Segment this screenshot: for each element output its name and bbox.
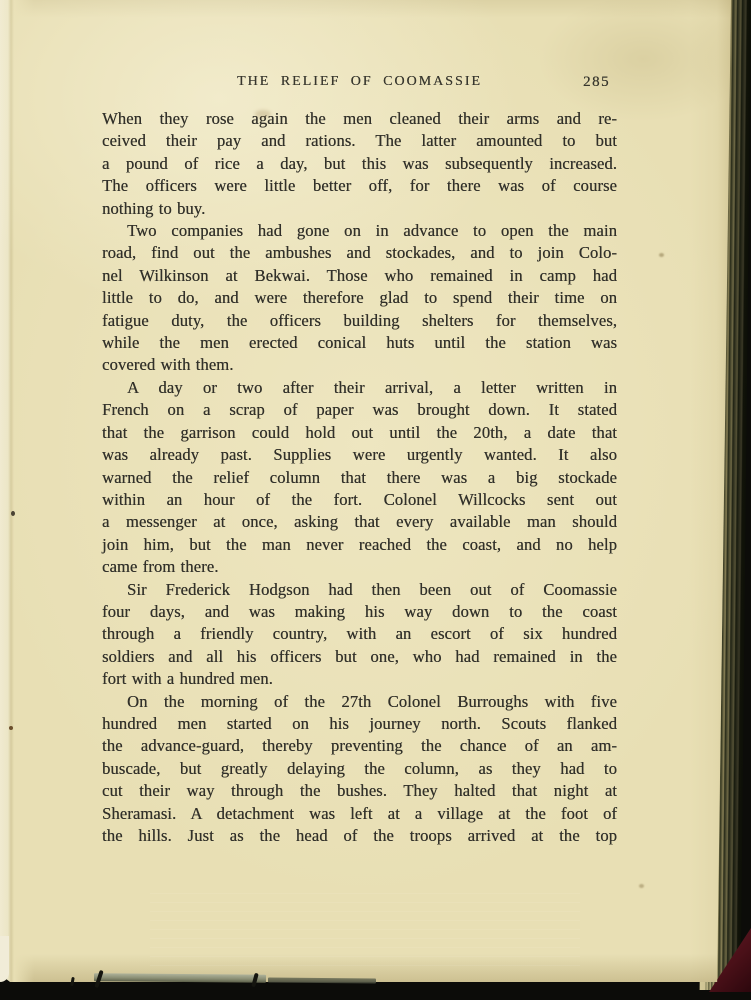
- text-line: nothing to buy.: [102, 198, 617, 220]
- paragraph: Two companies had gone on in advance to …: [102, 220, 617, 377]
- text-line: was already past. Supplies were urgently…: [102, 444, 617, 466]
- page-number: 285: [583, 72, 610, 92]
- text-line: the advance-guard, thereby preventing th…: [102, 735, 617, 757]
- text-line: while the men erected conical huts until…: [102, 332, 617, 354]
- curled-page-corner: [0, 936, 9, 982]
- text-line: A day or two after their arrival, a lett…: [102, 377, 617, 399]
- book-photo: THE RELIEF OF COOMASSIE 285 When they ro…: [0, 0, 751, 1000]
- page-header: THE RELIEF OF COOMASSIE 285: [102, 72, 617, 92]
- book-page: THE RELIEF OF COOMASSIE 285 When they ro…: [0, 0, 731, 982]
- text-line: a messenger at once, asking that every a…: [102, 511, 617, 533]
- text-line: French on a scrap of paper was brought d…: [102, 399, 617, 421]
- text-line: fatigue duty, the officers building shel…: [102, 310, 617, 332]
- text-line: Sheramasi. A detachment was left at a vi…: [102, 803, 617, 825]
- text-line: soldiers and all his officers but one, w…: [102, 646, 617, 668]
- paper-speck: [11, 511, 15, 516]
- text-line: fort with a hundred men.: [102, 668, 617, 690]
- page-text: When they rose again the men cleaned the…: [102, 108, 617, 847]
- paper-speck: [9, 726, 13, 730]
- running-header-title: THE RELIEF OF COOMASSIE: [237, 74, 482, 89]
- text-line: four days, and was making his way down t…: [102, 601, 617, 623]
- text-line: little to do, and were therefore glad to…: [102, 287, 617, 309]
- paper-striations: [150, 893, 580, 973]
- text-line: warned the relief column that there was …: [102, 467, 617, 489]
- fore-edge-band-dark: [268, 978, 376, 984]
- text-line: cut their way through the bushes. They h…: [102, 780, 617, 802]
- text-line: On the morning of the 27th Colonel Burro…: [102, 691, 617, 713]
- text-line: nel Wilkinson at Bekwai. Those who remai…: [102, 265, 617, 287]
- text-line: came from there.: [102, 556, 617, 578]
- fore-edge-band: [94, 973, 266, 983]
- text-line: a pound of rice a day, but this was subs…: [102, 153, 617, 175]
- text-line: Sir Frederick Hodgson had then been out …: [102, 579, 617, 601]
- paragraph: A day or two after their arrival, a lett…: [102, 377, 617, 579]
- paper-speck: [639, 884, 644, 888]
- text-line: Two companies had gone on in advance to …: [102, 220, 617, 242]
- paper-speck: [659, 253, 664, 257]
- text-line: the hills. Just as the head of the troop…: [102, 825, 617, 847]
- paper-stain: [255, 110, 271, 118]
- paragraph: On the morning of the 27th Colonel Burro…: [102, 691, 617, 848]
- text-line: hundred men started on his journey north…: [102, 713, 617, 735]
- text-line: The officers were little better off, for…: [102, 175, 617, 197]
- text-line: road, find out the ambushes and stockade…: [102, 242, 617, 264]
- text-line: buscade, but greatly delaying the column…: [102, 758, 617, 780]
- paragraph: When they rose again the men cleaned the…: [102, 108, 617, 220]
- text-line: through a friendly country, with an esco…: [102, 623, 617, 645]
- text-line: within an hour of the fort. Colonel Will…: [102, 489, 617, 511]
- text-line: When they rose again the men cleaned the…: [102, 108, 617, 130]
- text-line: ceived their pay and rations. The latter…: [102, 130, 617, 152]
- text-line: join him, but the man never reached the …: [102, 534, 617, 556]
- paragraph: Sir Frederick Hodgson had then been out …: [102, 579, 617, 691]
- text-line: that the garrison could hold out until t…: [102, 422, 617, 444]
- text-line: covered with them.: [102, 354, 617, 376]
